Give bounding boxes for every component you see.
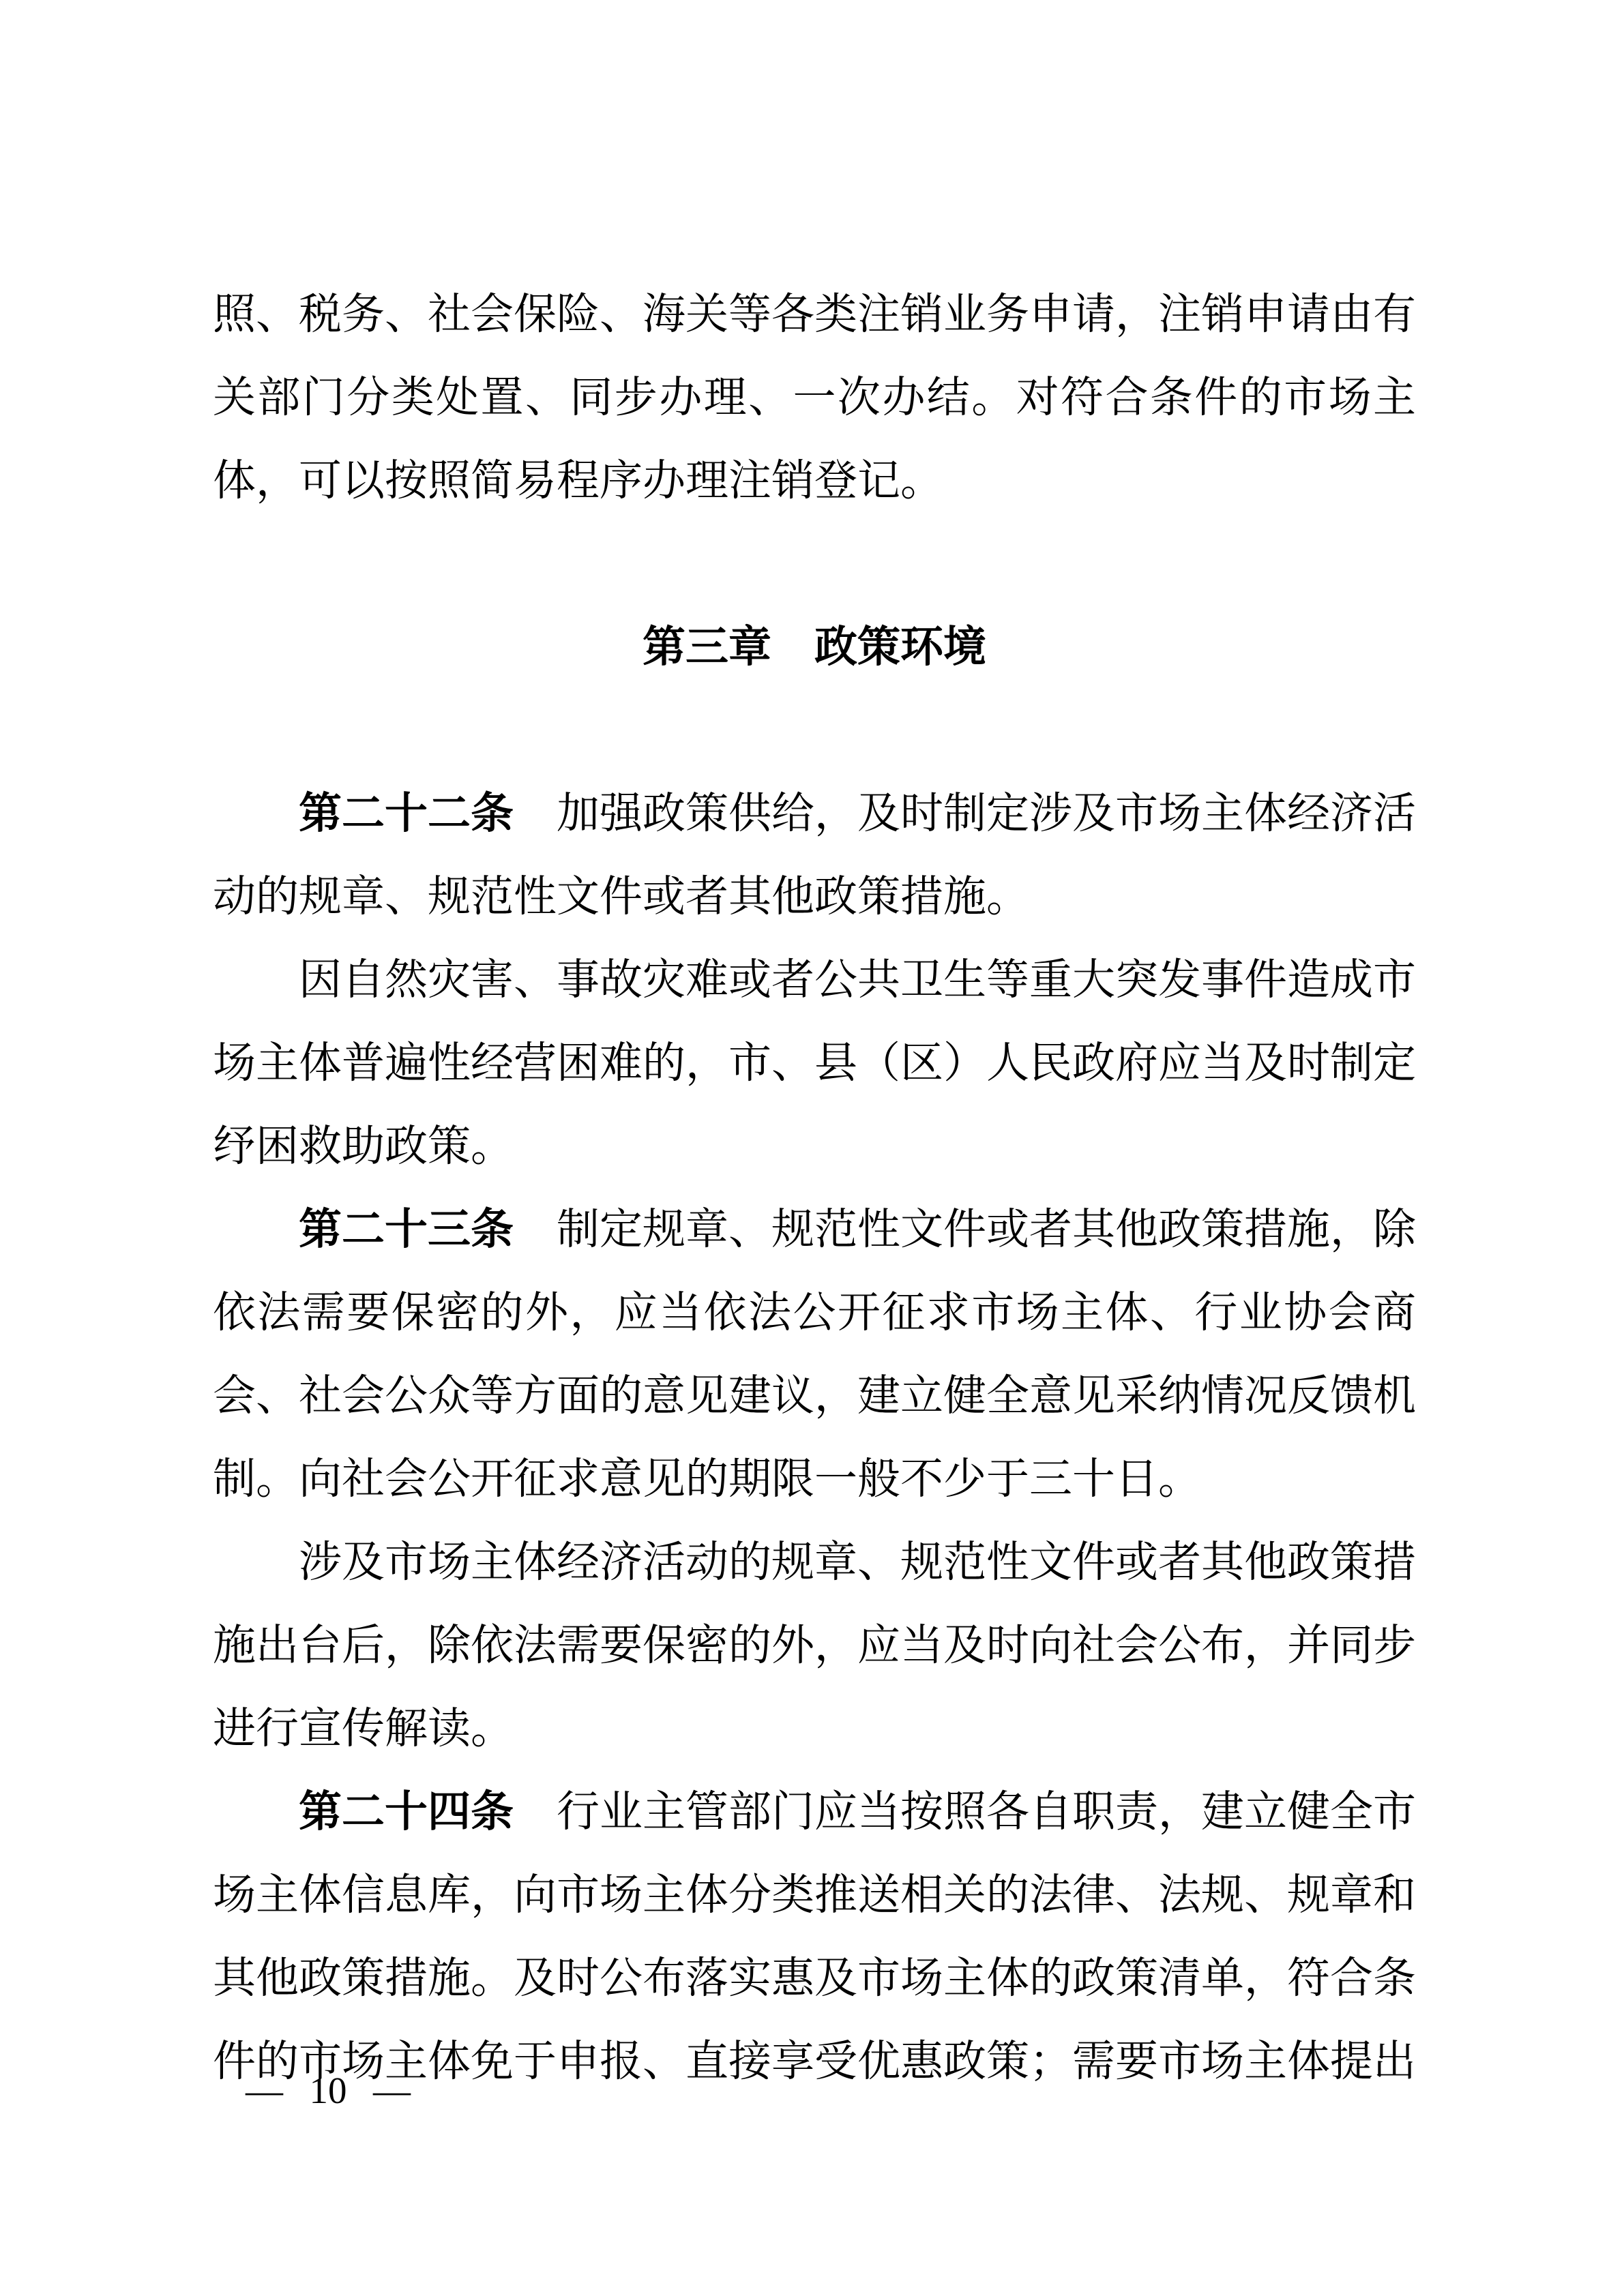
document-body: 照、税务、社会保险、海关等各类注销业务申请，注销申请由有关部门分类处置、同步办理… bbox=[213, 273, 1416, 2103]
article-number: 第二十三条 bbox=[299, 1206, 514, 1253]
paragraph: 第二十二条加强政策供给，及时制定涉及市场主体经济活动的规章、规范性文件或者其他政… bbox=[213, 772, 1416, 938]
continuation-paragraph: 照、税务、社会保险、海关等各类注销业务申请，注销申请由有关部门分类处置、同步办理… bbox=[213, 273, 1416, 522]
chapter-heading: 第三章政策环境 bbox=[213, 606, 1416, 689]
chapter-title: 政策环境 bbox=[814, 623, 986, 671]
chapter-number: 第三章 bbox=[643, 623, 771, 671]
paragraph: 第二十三条制定规章、规范性文件或者其他政策措施，除依法需要保密的外，应当依法公开… bbox=[213, 1188, 1416, 1521]
article-text: 因自然灾害、事故灾难或者公共卫生等重大突发事件造成市场主体普遍性经营困难的，市、… bbox=[213, 956, 1416, 1170]
article-number: 第二十四条 bbox=[299, 1788, 514, 1836]
articles-section: 第二十二条加强政策供给，及时制定涉及市场主体经济活动的规章、规范性文件或者其他政… bbox=[213, 772, 1416, 2103]
article-text: 涉及市场主体经济活动的规章、规范性文件或者其他政策措施出台后，除依法需要保密的外… bbox=[213, 1538, 1416, 1753]
paragraph: 因自然灾害、事故灾难或者公共卫生等重大突发事件造成市场主体普遍性经营困难的，市、… bbox=[213, 938, 1416, 1188]
paragraph: 第二十四条行业主管部门应当按照各自职责，建立健全市场主体信息库，向市场主体分类推… bbox=[213, 1770, 1416, 2103]
article-number: 第二十二条 bbox=[299, 790, 514, 837]
paragraph: 涉及市场主体经济活动的规章、规范性文件或者其他政策措施出台后，除依法需要保密的外… bbox=[213, 1521, 1416, 1770]
page-number: — 10 — bbox=[246, 2072, 411, 2109]
document-page: 照、税务、社会保险、海关等各类注销业务申请，注销申请由有关部门分类处置、同步办理… bbox=[0, 0, 1624, 2296]
